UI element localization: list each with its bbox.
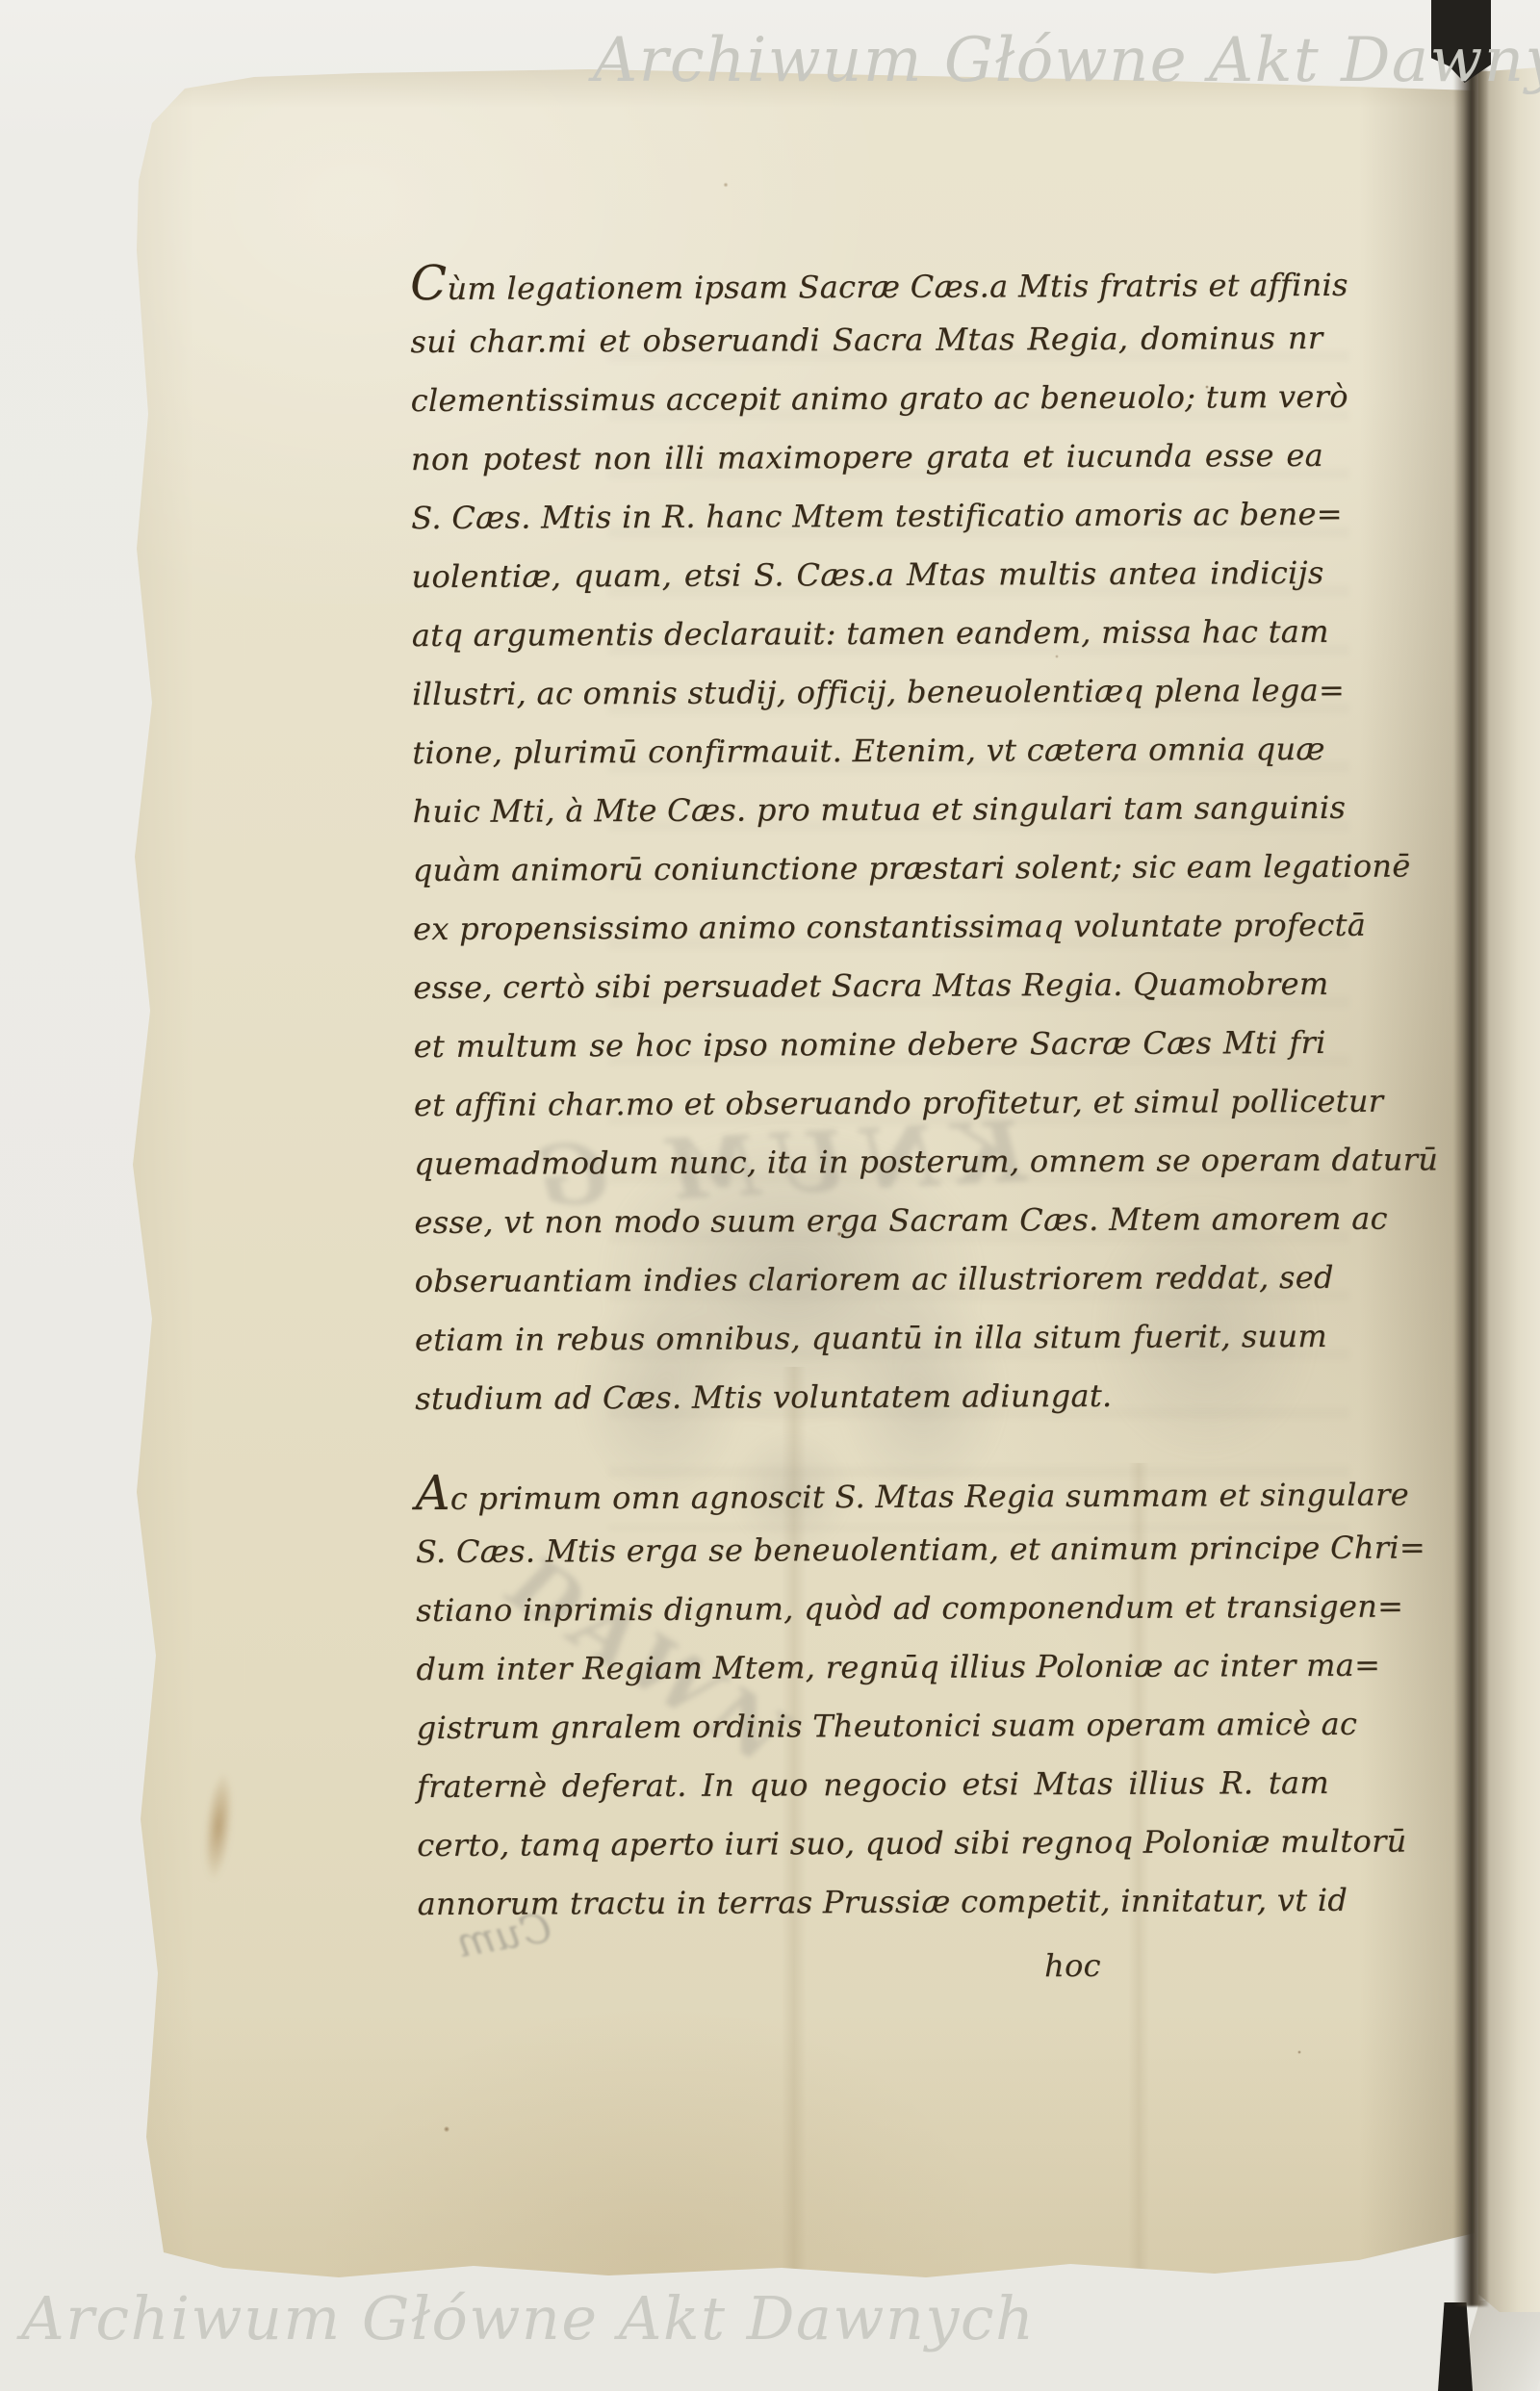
manuscript-line: Cùm legationem ipsam Sacræ Cæs.a Mtis fr…	[410, 250, 1322, 313]
manuscript-line: fraternè deferat. In quo negocio etsi Mt…	[417, 1754, 1329, 1816]
manuscript-line: stiano inprimis dignum, quòd ad componen…	[416, 1578, 1328, 1640]
manuscript-line: et multum se hoc ipso nomine debere Sacr…	[414, 1014, 1326, 1076]
manuscript-line: Ac primum omn agnoscit S. Mtas Regia sum…	[416, 1460, 1328, 1523]
archive-watermark-top: Archiwum Główne Akt Dawnych	[593, 25, 1540, 96]
manuscript-line: atq argumentis declarauit: tamen eandem,…	[412, 603, 1324, 665]
manuscript-line: esse, certò sibi persuadet Sacra Mtas Re…	[413, 955, 1325, 1017]
manuscript-line: certo, tamq aperto iuri suo, quod sibi r…	[417, 1813, 1329, 1875]
manuscript-line: huic Mti, à Mte Cæs. pro mutua et singul…	[412, 779, 1324, 841]
manuscript-line: ex propensissimo animo constantissimaq v…	[413, 896, 1325, 959]
manuscript-line: illustri, ac omnis studij, officij, bene…	[412, 661, 1324, 724]
manuscript-text-block: Cùm legationem ipsam Sacræ Cæs.a Mtis fr…	[410, 250, 1330, 1998]
manuscript-line: quemadmodum nunc, ita in posterum, omnem…	[414, 1131, 1326, 1194]
manuscript-line: non potest non illi maximopere grata et …	[411, 426, 1323, 489]
manuscript-page: KNUM G DAWN Cum Cùm legationem ipsam Sac…	[108, 67, 1475, 2281]
archive-watermark-bottom: Archiwum Główne Akt Dawnych	[21, 2283, 1036, 2353]
manuscript-scan-stage: Archiwum Główne Akt Dawnych KNUM G DAWN …	[0, 0, 1540, 2391]
manuscript-line: gistrum gnralem ordinis Theutonici suam …	[417, 1695, 1329, 1758]
manuscript-paragraph: Cùm legationem ipsam Sacræ Cæs.a Mtis fr…	[410, 250, 1327, 1428]
manuscript-line: sui char.mi et obseruandi Sacra Mtas Reg…	[410, 309, 1322, 372]
manuscript-line: obseruantiam indies clariorem ac illustr…	[415, 1248, 1327, 1311]
manuscript-line: et affini char.mo et obseruando profitet…	[414, 1072, 1326, 1135]
manuscript-line: clementissimus accepit animo grato ac be…	[411, 368, 1323, 430]
manuscript-line: uolentiæ, quam, etsi S. Cæs.a Mtas multi…	[411, 544, 1323, 606]
manuscript-line: tione, plurimū confirmauit. Etenim, vt c…	[412, 720, 1324, 783]
catchword: hoc	[418, 1936, 1330, 1998]
manuscript-line: annorum tractu in terras Prussiæ competi…	[417, 1871, 1329, 1934]
manuscript-line: quàm animorū coniunctione præstari solen…	[413, 837, 1325, 900]
manuscript-line: esse, vt non modo suum erga Sacram Cæs. …	[414, 1190, 1326, 1252]
manuscript-line: etiam in rebus omnibus, quantū in illa s…	[415, 1307, 1327, 1370]
manuscript-line: S. Cæs. Mtis in R. hanc Mtem testificati…	[411, 485, 1323, 548]
manuscript-paragraph: Ac primum omn agnoscit S. Mtas Regia sum…	[416, 1460, 1330, 1934]
binding-strap-bottom	[1438, 2302, 1473, 2391]
manuscript-paragraphs: Cùm legationem ipsam Sacræ Cæs.a Mtis fr…	[410, 250, 1330, 1934]
binding-gutter-shadow	[1453, 69, 1488, 2306]
manuscript-line: studium ad Cæs. Mtis voluntatem adiungat…	[415, 1366, 1327, 1428]
manuscript-line: dum inter Regiam Mtem, regnūq illius Pol…	[416, 1636, 1328, 1699]
manuscript-line: S. Cæs. Mtis erga se beneuolentiam, et a…	[416, 1519, 1328, 1581]
margin-stain	[192, 1748, 244, 1903]
